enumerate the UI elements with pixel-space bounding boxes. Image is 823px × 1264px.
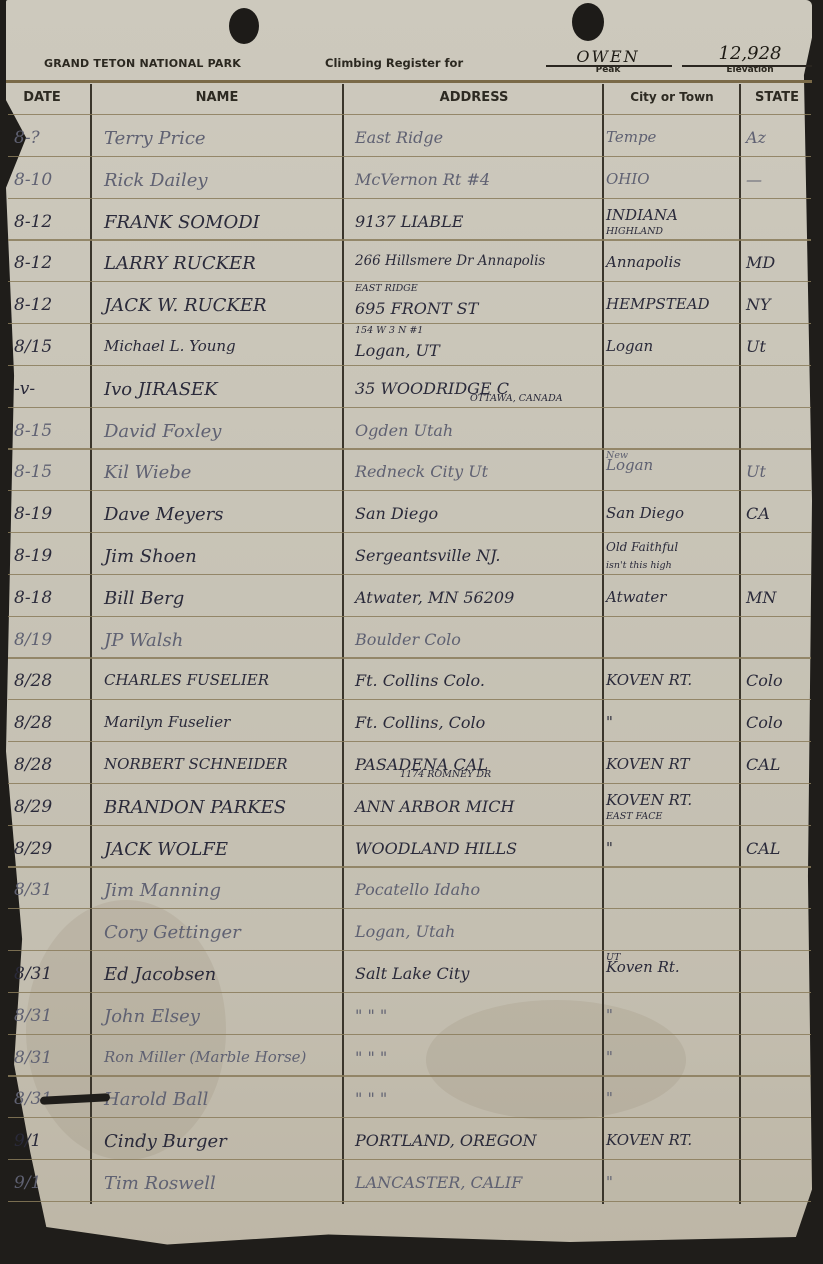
entry-address-note: OTTAWA, CANADA — [470, 393, 563, 404]
column-divider — [739, 84, 741, 1204]
row-rule — [8, 114, 811, 115]
entry-state: Az — [746, 128, 766, 147]
entry-name: FRANK SOMODI — [104, 212, 260, 233]
entry-date: 8/28 — [14, 755, 90, 775]
entry-date: 8/31 — [14, 880, 90, 900]
entry-date: 8/19 — [14, 630, 90, 650]
entry-city: Old Faithful — [606, 540, 678, 554]
header-state: STATE — [742, 90, 812, 105]
entry-state: NY — [746, 295, 771, 314]
entry-date: 8-12 — [14, 295, 90, 315]
entry-city: KOVEN RT. — [606, 671, 692, 689]
entry-city: HEMPSTEAD — [606, 295, 710, 313]
entry-name: Marilyn Fuselier — [104, 713, 230, 731]
entry-city: Atwater — [606, 588, 666, 606]
row-rule — [8, 407, 811, 408]
entry-address: Boulder Colo — [355, 630, 461, 649]
entry-address: LANCASTER, CALIF — [355, 1173, 522, 1192]
entry-city: " — [606, 1048, 613, 1066]
row-rule — [8, 574, 811, 575]
elevation-label: Elevation — [692, 65, 808, 75]
row-rule — [8, 866, 811, 867]
entry-address: " " " — [355, 1006, 387, 1025]
entry-address: " " " — [355, 1048, 387, 1067]
entry-name: Bill Berg — [104, 588, 184, 609]
entry-name: Rick Dailey — [104, 170, 208, 191]
entry-name: BRANDON PARKES — [104, 797, 286, 818]
column-divider — [90, 84, 92, 1204]
entry-date: 8-19 — [14, 504, 90, 524]
entry-name: Tim Roswell — [104, 1173, 216, 1194]
entry-date: 8-10 — [14, 170, 90, 190]
row-rule — [8, 950, 811, 951]
entry-city: Annapolis — [606, 253, 681, 271]
entry-address: PORTLAND, OREGON — [355, 1131, 537, 1150]
entry-city: San Diego — [606, 504, 684, 522]
row-rule — [8, 825, 811, 826]
entry-state: — — [746, 170, 762, 189]
entry-address: San Diego — [355, 504, 438, 523]
row-rule — [8, 532, 811, 533]
row-rule — [8, 1034, 811, 1035]
entry-city-note: New — [606, 450, 628, 461]
row-rule — [8, 239, 811, 240]
entry-city: KOVEN RT — [606, 755, 690, 773]
entry-name: JACK W. RUCKER — [104, 295, 267, 316]
entry-name: David Foxley — [104, 421, 221, 442]
entry-name: Jim Shoen — [104, 546, 197, 567]
entry-city: OHIO — [606, 170, 650, 188]
entry-address: WOODLAND HILLS — [355, 839, 517, 858]
entry-state: Ut — [746, 337, 766, 356]
row-rule — [8, 783, 811, 784]
entry-name: JACK WOLFE — [104, 839, 228, 860]
row-rule — [8, 1201, 811, 1202]
entry-state: MD — [746, 253, 775, 272]
entry-state: CAL — [746, 755, 780, 774]
entry-city-note: EAST FACE — [606, 811, 663, 822]
row-rule — [8, 156, 811, 157]
entry-date: 9/1 — [14, 1131, 90, 1151]
row-rule — [8, 992, 811, 993]
entry-date: 8-19 — [14, 546, 90, 566]
row-rule — [8, 448, 811, 449]
entry-city-note: UT — [606, 952, 620, 963]
row-rule — [8, 490, 811, 491]
entry-city: " — [606, 1089, 613, 1107]
header-address: ADDRESS — [345, 90, 603, 105]
entry-city: " — [606, 839, 613, 857]
entry-city: " — [606, 1173, 613, 1191]
entry-date: 8-15 — [14, 462, 90, 482]
entry-date: 9/1 — [14, 1173, 90, 1193]
entry-name: JP Walsh — [104, 630, 183, 651]
entry-name: NORBERT SCHNEIDER — [104, 755, 288, 773]
entry-state: Ut — [746, 462, 766, 481]
entry-date: 8-18 — [14, 588, 90, 608]
column-headers: DATE NAME ADDRESS City or Town STATE — [0, 84, 823, 114]
entry-address: East Ridge — [355, 128, 443, 147]
entry-date: 8/31 — [14, 964, 90, 984]
row-rule — [8, 616, 811, 617]
entry-state: Colo — [746, 713, 783, 732]
row-rule — [8, 699, 811, 700]
column-divider — [602, 84, 604, 1204]
binder-hole — [572, 3, 604, 41]
header-city: City or Town — [603, 90, 741, 104]
entry-name: Michael L. Young — [104, 337, 236, 355]
entry-name: Ivo JIRASEK — [104, 379, 218, 400]
row-rule — [8, 198, 811, 199]
entry-address: ANN ARBOR MICH — [355, 797, 514, 816]
park-name: GRAND TETON NATIONAL PARK — [44, 57, 241, 70]
entry-date: -v- — [14, 379, 90, 399]
entry-name: Ron Miller (Marble Horse) — [104, 1048, 306, 1066]
entry-date: 8/29 — [14, 839, 90, 859]
entry-date: 8-12 — [14, 253, 90, 273]
entry-address: " " " — [355, 1089, 387, 1108]
entry-date: 8-? — [14, 128, 90, 148]
entry-city: KOVEN RT. — [606, 1131, 692, 1149]
entry-name: CHARLES FUSELIER — [104, 671, 269, 689]
entry-address: Salt Lake City — [355, 964, 469, 983]
entry-city: Tempe — [606, 128, 656, 146]
entry-address-note: 154 W 3 N #1 — [355, 325, 423, 336]
entry-state: CA — [746, 504, 770, 523]
peak-value: OWEN — [548, 47, 668, 66]
entry-address: Ft. Collins, Colo — [355, 713, 485, 732]
entry-city: KOVEN RT. — [606, 791, 692, 809]
entry-date: 8/28 — [14, 671, 90, 691]
header-name: NAME — [92, 90, 342, 105]
entry-state: MN — [746, 588, 776, 607]
row-rule — [8, 741, 811, 742]
entry-address: 266 Hillsmere Dr Annapolis — [355, 253, 545, 269]
entry-address: McVernon Rt #4 — [355, 170, 490, 189]
entry-address: Ft. Collins Colo. — [355, 671, 485, 690]
entry-address: Pocatello Idaho — [355, 880, 480, 899]
entry-date: 8/29 — [14, 797, 90, 817]
peak-label: Peak — [548, 65, 668, 75]
entry-name: Cindy Burger — [104, 1131, 227, 1152]
entry-name: Dave Meyers — [104, 504, 223, 525]
row-rule — [8, 1075, 811, 1076]
entry-date: 8/31 — [14, 1006, 90, 1026]
column-divider — [342, 84, 344, 1204]
header-date: DATE — [14, 90, 70, 105]
entry-city-note: isn't this high — [606, 560, 672, 571]
entry-name: Kil Wiebe — [104, 462, 191, 483]
entry-address: Sergeantsville NJ. — [355, 546, 500, 565]
entry-address-note: 1174 ROMNEY DR — [400, 769, 491, 780]
entry-date: 8-15 — [14, 421, 90, 441]
entry-name: Jim Manning — [104, 880, 221, 901]
header-rule — [6, 80, 812, 83]
row-rule — [8, 1117, 811, 1118]
entry-address: 9137 LIABLE — [355, 212, 463, 231]
entry-address: 695 FRONT ST — [355, 299, 478, 318]
paper-stain — [426, 1000, 686, 1120]
entry-state: Colo — [746, 671, 783, 690]
register-title-row: GRAND TETON NATIONAL PARK Climbing Regis… — [0, 53, 823, 77]
elevation-value: 12,928 — [690, 43, 810, 64]
entry-date: 8/31 — [14, 1048, 90, 1068]
entry-city: " — [606, 1006, 613, 1024]
binder-hole — [229, 8, 259, 44]
entry-state: CAL — [746, 839, 780, 858]
row-rule — [8, 908, 811, 909]
entry-address: Logan, Utah — [355, 922, 455, 941]
entry-name: Harold Ball — [104, 1089, 208, 1110]
entry-address: Logan, UT — [355, 341, 440, 360]
entry-date: 8/28 — [14, 713, 90, 733]
entry-name: Ed Jacobsen — [104, 964, 216, 985]
entry-address: Redneck City Ut — [355, 462, 488, 481]
register-for-label: Climbing Register for — [325, 56, 463, 70]
entry-date: 8-12 — [14, 212, 90, 232]
entry-address-note: EAST RIDGE — [355, 283, 418, 294]
entry-name: LARRY RUCKER — [104, 253, 256, 274]
entry-name: John Elsey — [104, 1006, 200, 1027]
entry-city-note: HIGHLAND — [606, 226, 663, 237]
entry-address: Ogden Utah — [355, 421, 453, 440]
entry-name: Terry Price — [104, 128, 206, 149]
row-rule — [8, 365, 811, 366]
entry-address: Atwater, MN 56209 — [355, 588, 514, 607]
entry-city: Logan — [606, 337, 653, 355]
entry-city: INDIANA — [606, 206, 678, 224]
row-rule — [8, 657, 811, 658]
entry-city: " — [606, 713, 613, 731]
row-rule — [8, 1159, 811, 1160]
entry-date: 8/15 — [14, 337, 90, 357]
entry-name: Cory Gettinger — [104, 922, 241, 943]
